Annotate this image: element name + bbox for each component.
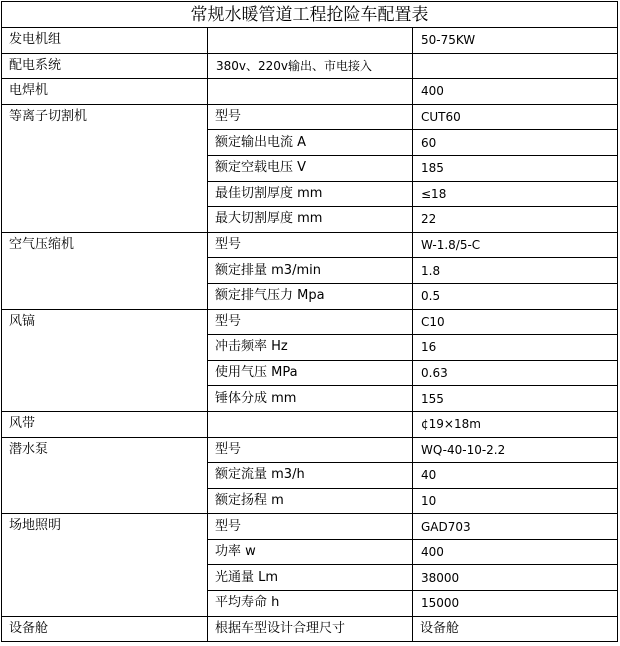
spec-cell: 型号	[208, 309, 413, 335]
spec-cell: 额定输出电流 A	[208, 130, 413, 156]
equipment-name: 设备舱	[2, 616, 208, 642]
equipment-name: 配电系统	[2, 53, 208, 79]
table-row-generator: 发电机组 50-75KW	[2, 28, 618, 54]
value-cell: 155	[413, 386, 618, 412]
spec-cell: 额定扬程 m	[208, 488, 413, 514]
value-cell: 50-75KW	[413, 28, 618, 54]
equipment-name: 发电机组	[2, 28, 208, 54]
value-cell: 38000	[413, 565, 618, 591]
spec-cell: 型号	[208, 437, 413, 463]
spec-cell: 型号	[208, 514, 413, 540]
value-cell: 15000	[413, 591, 618, 617]
value-cell: C10	[413, 309, 618, 335]
equipment-name: 风镐	[2, 309, 208, 411]
equipment-name: 场地照明	[2, 514, 208, 616]
spec-cell: 使用气压 MPa	[208, 360, 413, 386]
table-row-plasma: 等离子切割机 型号 CUT60	[2, 104, 618, 130]
value-cell: W-1.8/5-C	[413, 232, 618, 258]
spec-cell: 最大切割厚度 mm	[208, 207, 413, 233]
value-cell: ¢19×18m	[413, 411, 618, 437]
value-cell: 16	[413, 335, 618, 361]
value-cell: CUT60	[413, 104, 618, 130]
table-row-pick: 风镐 型号 C10	[2, 309, 618, 335]
table-title: 常规水暖管道工程抢险车配置表	[2, 2, 618, 28]
title-row: 常规水暖管道工程抢险车配置表	[2, 2, 618, 28]
value-cell: 22	[413, 207, 618, 233]
spec-cell: 最佳切割厚度 mm	[208, 181, 413, 207]
value-cell: 1.8	[413, 258, 618, 284]
spec-cell: 额定空载电压 V	[208, 155, 413, 181]
table-row-power: 配电系统 380v、220v输出、市电接入	[2, 53, 618, 79]
equipment-name: 潜水泵	[2, 437, 208, 514]
spec-cell	[208, 79, 413, 105]
table-row-lighting: 场地照明 型号 GAD703	[2, 514, 618, 540]
spec-cell: 冲击频率 Hz	[208, 335, 413, 361]
spec-cell: 平均寿命 h	[208, 591, 413, 617]
spec-cell: 380v、220v输出、市电接入	[208, 53, 413, 79]
equipment-name: 风带	[2, 411, 208, 437]
value-cell	[413, 53, 618, 79]
spec-cell	[208, 411, 413, 437]
table-row-welder: 电焊机 400	[2, 79, 618, 105]
value-cell: 40	[413, 463, 618, 489]
value-cell: 0.63	[413, 360, 618, 386]
spec-cell: 型号	[208, 232, 413, 258]
spec-cell: 型号	[208, 104, 413, 130]
spec-cell	[208, 28, 413, 54]
value-cell: 设备舱	[413, 616, 618, 642]
spec-cell: 根据车型设计合理尺寸	[208, 616, 413, 642]
equipment-name: 等离子切割机	[2, 104, 208, 232]
spec-cell: 光通量 Lm	[208, 565, 413, 591]
value-cell: ≤18	[413, 181, 618, 207]
table-row-compressor: 空气压缩机 型号 W-1.8/5-C	[2, 232, 618, 258]
spec-cell: 锤体分成 mm	[208, 386, 413, 412]
value-cell: WQ-40-10-2.2	[413, 437, 618, 463]
equipment-name: 空气压缩机	[2, 232, 208, 309]
table-row-pump: 潜水泵 型号 WQ-40-10-2.2	[2, 437, 618, 463]
value-cell: 0.5	[413, 283, 618, 309]
value-cell: GAD703	[413, 514, 618, 540]
spec-cell: 额定排量 m3/min	[208, 258, 413, 284]
value-cell: 185	[413, 155, 618, 181]
value-cell: 400	[413, 539, 618, 565]
value-cell: 10	[413, 488, 618, 514]
spec-cell: 额定排气压力 Mpa	[208, 283, 413, 309]
config-table: 常规水暖管道工程抢险车配置表 发电机组 50-75KW 配电系统 380v、22…	[1, 1, 618, 642]
value-cell: 60	[413, 130, 618, 156]
table-row-cabin: 设备舱 根据车型设计合理尺寸 设备舱	[2, 616, 618, 642]
equipment-name: 电焊机	[2, 79, 208, 105]
table-row-hose: 风带 ¢19×18m	[2, 411, 618, 437]
spec-cell: 额定流量 m3/h	[208, 463, 413, 489]
value-cell: 400	[413, 79, 618, 105]
spec-cell: 功率 w	[208, 539, 413, 565]
